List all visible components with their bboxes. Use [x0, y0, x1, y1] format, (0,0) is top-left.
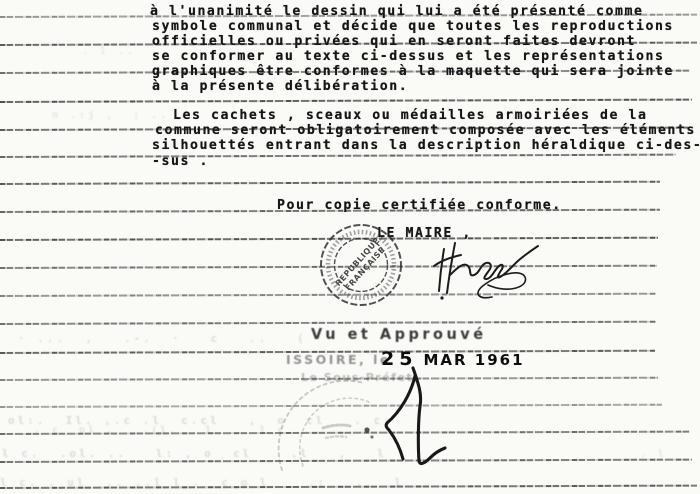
body-text-line: silhouettés entrant dans la description … [152, 138, 700, 153]
bleed-through-fragment: · ... , .-. · c .. ( [18, 332, 307, 345]
mairie-round-stamp: REPUBLIQUE FRANÇAISE [314, 220, 408, 312]
ruled-line [0, 181, 660, 185]
body-text-line: à l'unanimité le dessin qui lui a été pr… [150, 4, 643, 19]
ink-speck [364, 427, 369, 432]
ruled-line [0, 154, 676, 158]
body-text-line: Les cachets , sceaux ou médailles armoir… [173, 108, 647, 123]
page: à l'unanimité le dessin qui lui a été pr… [0, 0, 700, 494]
stamp-ring-text-marks [328, 232, 394, 298]
bleed-through-fragment: n .:j , ; .. [52, 110, 169, 121]
body-text-line: -sus . [152, 154, 209, 169]
body-text-line: commune seront obligatoirement composée … [155, 123, 696, 138]
ruled-line [0, 321, 656, 325]
body-text-line: se conformer au texte ci-dessus et les r… [152, 49, 664, 64]
body-text-line: symbole communal et décide que toutes le… [152, 19, 674, 34]
stamp-outer-ring [321, 225, 401, 305]
body-text-line: officielles ou privées qui en seront fai… [152, 34, 636, 49]
body-text-line: graphiques être conformes à la maquette … [152, 64, 674, 79]
mayor-signature [428, 227, 578, 317]
bleed-through-fragment: . l [640, 449, 667, 460]
body-text-line: à la présente délibération. [152, 79, 408, 94]
bleed-through-fragment: . c ol . .(l. l l c [34, 425, 287, 436]
sous-prefet-signature [370, 338, 480, 470]
ruled-line [0, 99, 692, 103]
bleed-through-fragment: . l .. [82, 46, 136, 57]
certification-line: Pour copie certifiée conforme. [277, 198, 562, 213]
